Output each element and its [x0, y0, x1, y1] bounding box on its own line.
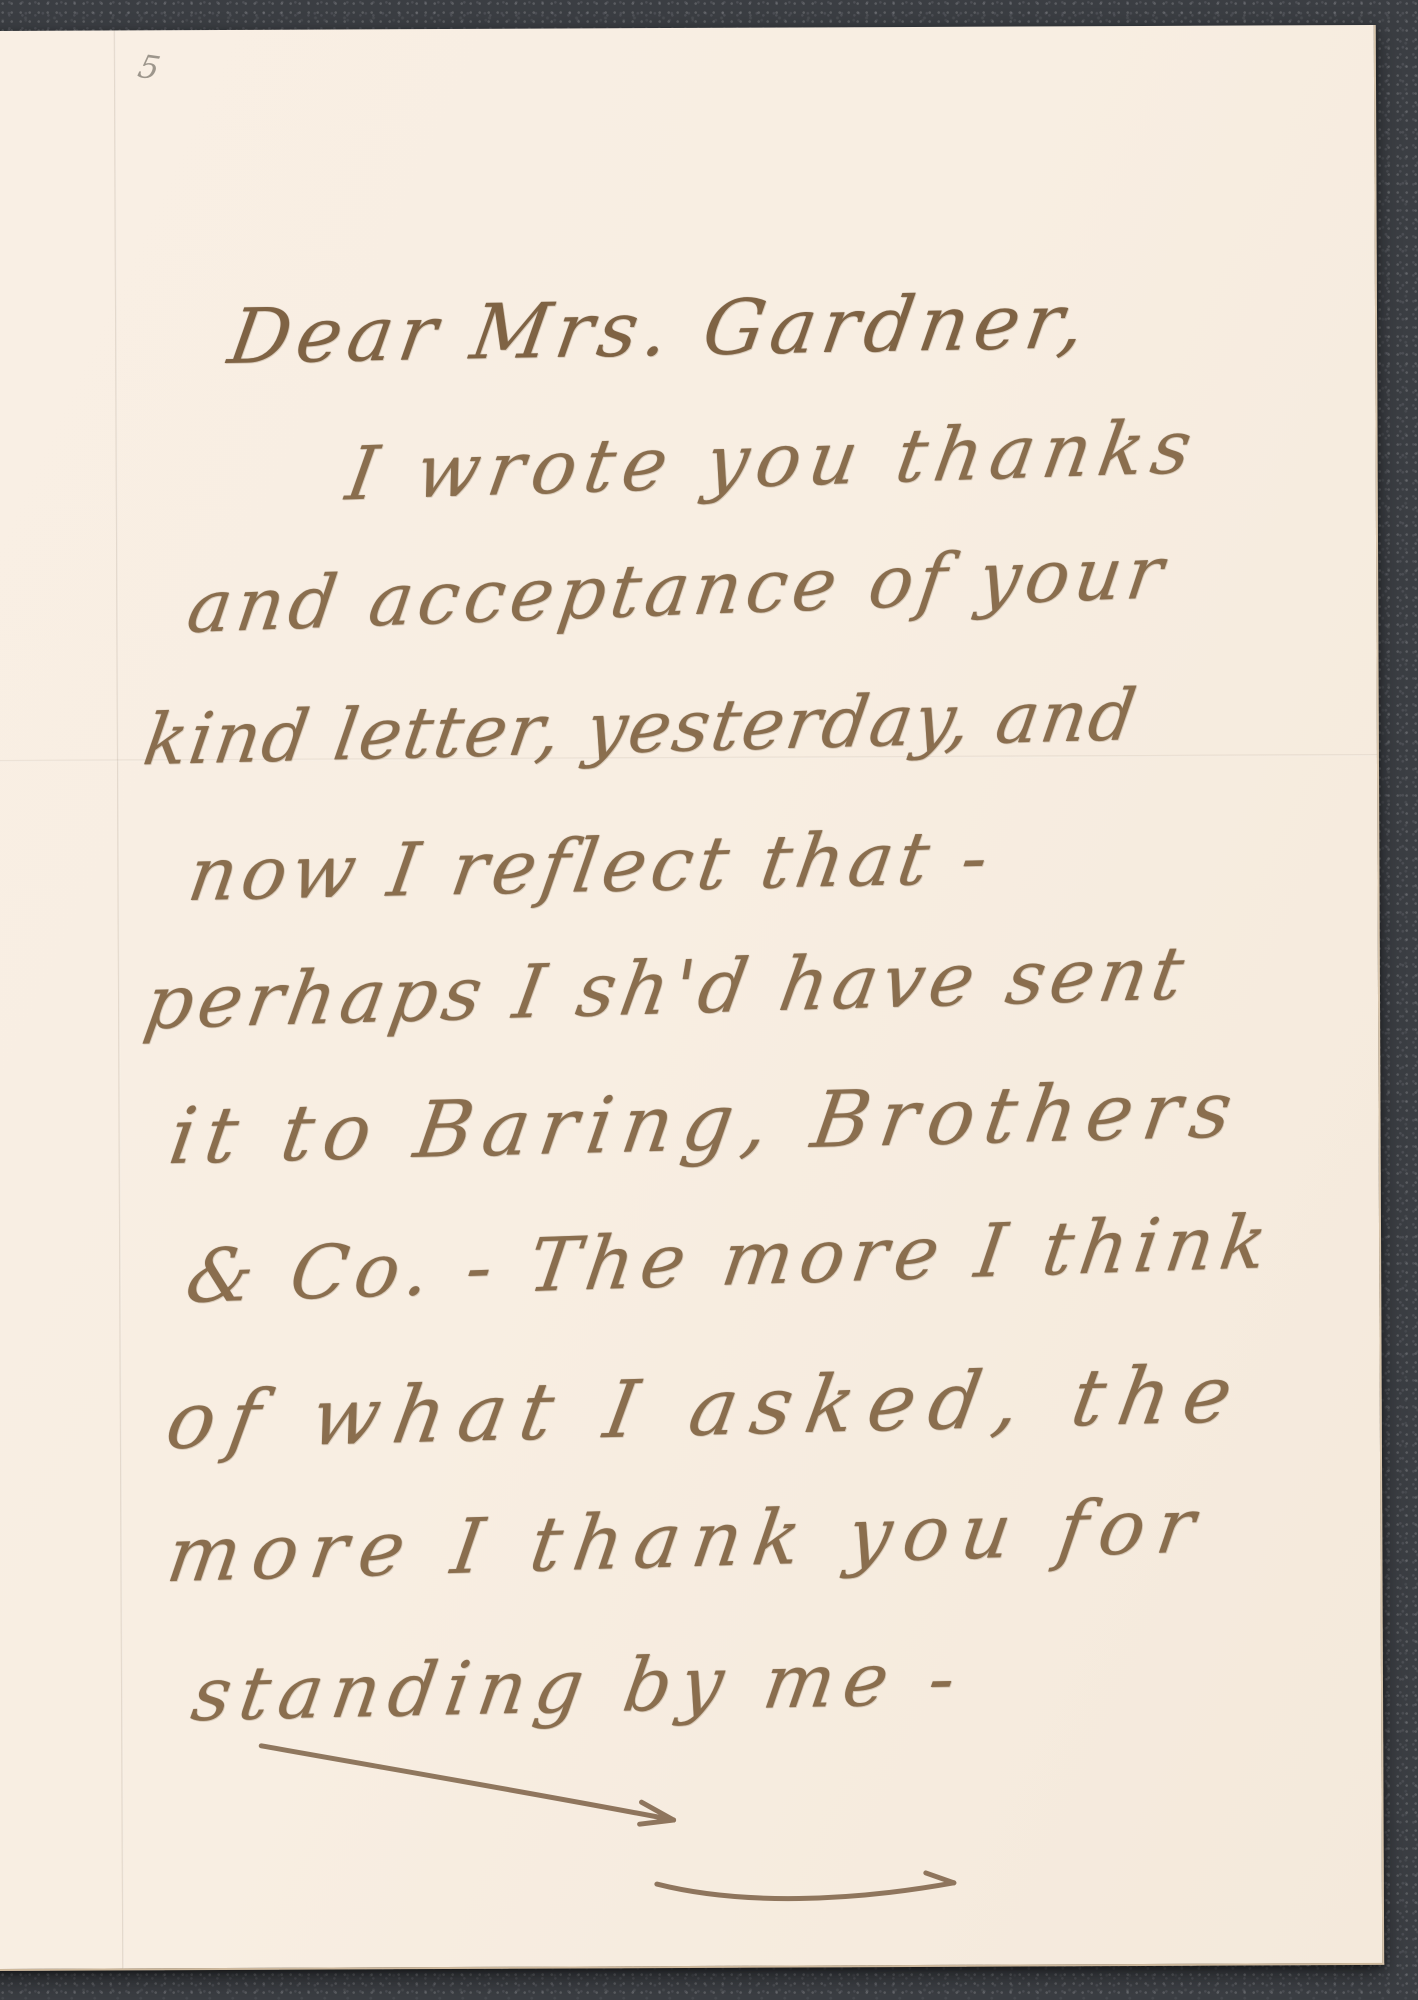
letter-line: of what I asked, the: [160, 1348, 1253, 1467]
letter-paper: 5 Dear Mrs. Gardner, I wrote you thanks …: [0, 25, 1384, 1971]
letter-line: & Co. - The more I think: [181, 1199, 1279, 1320]
pen-flourish-arrow: [241, 1715, 1002, 1958]
photo-background: 5 Dear Mrs. Gardner, I wrote you thanks …: [0, 0, 1418, 2000]
letter-line: and acceptance of your: [182, 530, 1173, 650]
letter-line: more I thank you for: [162, 1480, 1213, 1599]
letter-line: it to Baring, Brothers: [164, 1065, 1248, 1182]
letter-line: standing by me -: [186, 1635, 970, 1738]
letter-line: kind letter, yesterday, and: [139, 673, 1144, 781]
letter-line: perhaps I sh'd have sent: [139, 930, 1195, 1046]
pencil-annotation: 5: [134, 47, 163, 87]
letter-line: I wrote you thanks: [341, 404, 1206, 517]
letter-line: now I reflect that -: [183, 815, 999, 919]
vertical-fold-crease: [114, 30, 124, 1968]
letter-salutation: Dear Mrs. Gardner,: [223, 276, 1097, 381]
